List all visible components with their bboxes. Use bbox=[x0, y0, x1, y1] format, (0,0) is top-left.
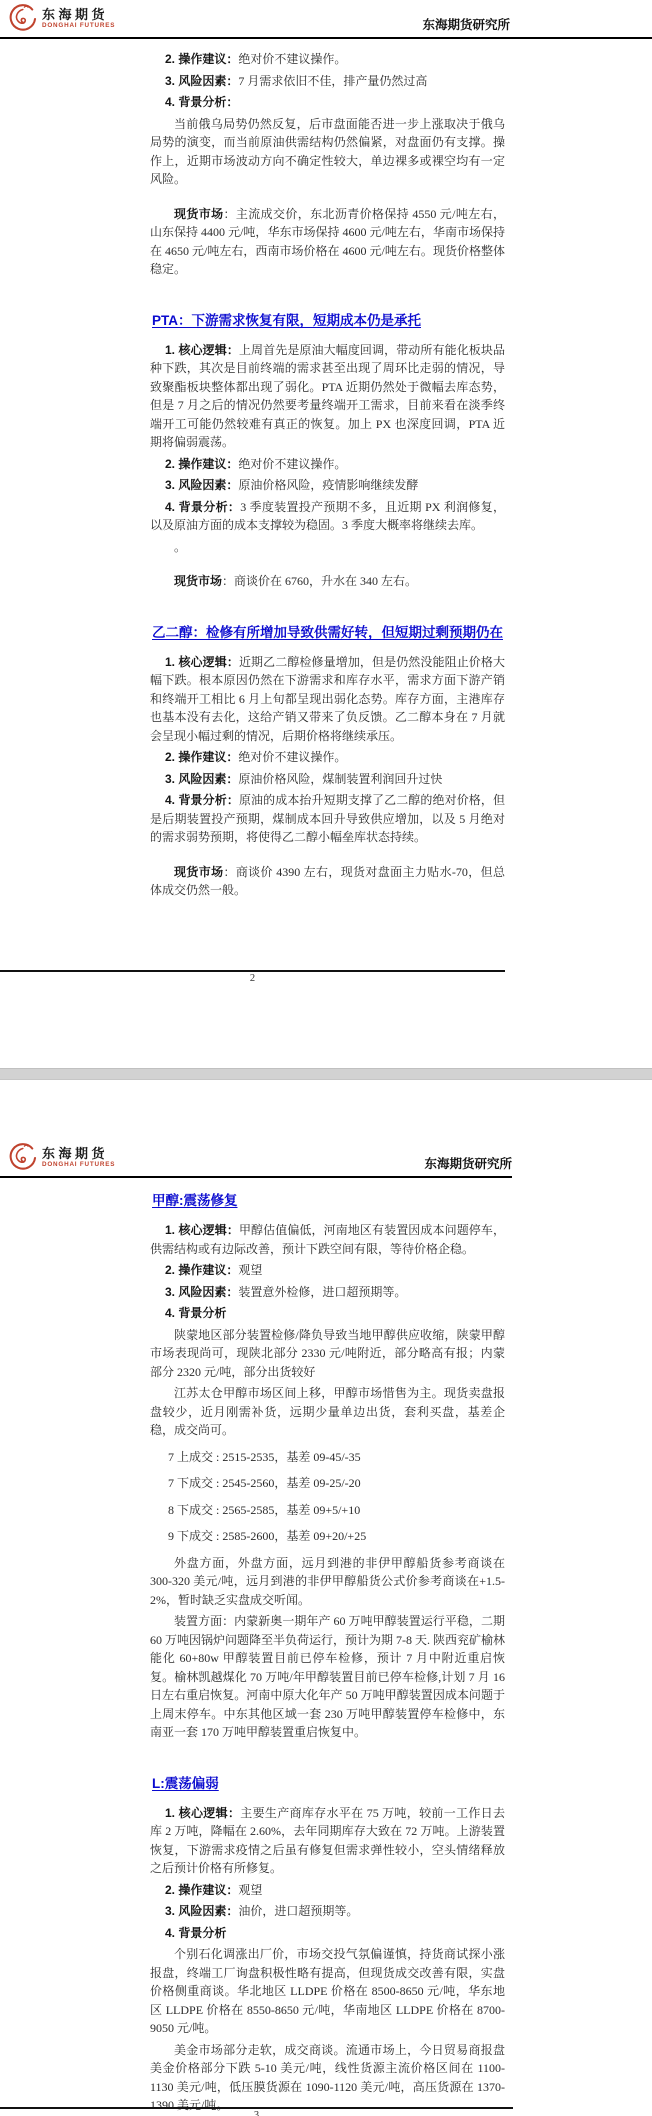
donghai-logo-icon bbox=[6, 1143, 38, 1173]
block-label: 2. 操作建议： bbox=[165, 1883, 238, 1897]
footer-rule bbox=[0, 2107, 513, 2109]
block-label: 1. 核心逻辑： bbox=[165, 1806, 240, 1820]
numbered-item: 1. 核心逻辑：上周首先是原油大幅度回调，带动所有能化板块品种下跌，其次是目前终… bbox=[150, 341, 505, 452]
block-label: 1. 核心逻辑： bbox=[165, 655, 239, 669]
trade-quote-line: 7 下成交 : 2545-2560，基差 09-25/-20 bbox=[150, 1474, 505, 1493]
page-number: 3 bbox=[0, 2110, 513, 2116]
block-label: 4. 背景分析 bbox=[165, 1306, 226, 1320]
block-label: 3. 风险因素： bbox=[165, 1285, 238, 1299]
logo-text: 东海期货 DONGHAI FUTURES bbox=[42, 8, 115, 29]
report-page-1: 东海期货 DONGHAI FUTURES 东海期货研究所 2. 操作建议：绝对价… bbox=[0, 0, 652, 1068]
block-label: 2. 操作建议： bbox=[165, 1263, 238, 1277]
block-label: 现货市场 bbox=[174, 574, 222, 588]
numbered-item: 4. 背景分析： bbox=[150, 93, 505, 112]
section-heading: 乙二醇：检修有所增加导致供需好转，但短期过剩预期仍在 bbox=[152, 623, 505, 643]
numbered-item: 4. 背景分析 bbox=[150, 1304, 505, 1323]
section-heading: L:震荡偏弱 bbox=[152, 1774, 505, 1794]
block-label: 现货市场 bbox=[174, 865, 223, 879]
block-label: 3. 风险因素： bbox=[165, 478, 238, 492]
paragraph: 。 bbox=[150, 538, 505, 557]
numbered-item: 3. 风险因素：油价，进口超预期等。 bbox=[150, 1902, 505, 1921]
logo-text-en: DONGHAI FUTURES bbox=[42, 23, 115, 29]
page-number: 2 bbox=[0, 973, 505, 985]
report-page-2: 东海期货 DONGHAI FUTURES 东海期货研究所 甲醇:震荡修复1. 核… bbox=[0, 1080, 652, 2116]
page-header: 东海期货 DONGHAI FUTURES 东海期货研究所 bbox=[0, 0, 652, 39]
block-label: 4. 背景分析： bbox=[165, 500, 240, 514]
block-label: 1. 核心逻辑： bbox=[165, 1223, 239, 1237]
paragraph: 个别石化调涨出厂价，市场交投气氛偏谨慎，持货商试探小涨报盘，终端工厂询盘积极性略… bbox=[150, 1945, 505, 2038]
numbered-item: 4. 背景分析：原油的成本抬升短期支撑了乙二醇的绝对价格，但是后期装置投产预期，… bbox=[150, 791, 505, 847]
block-label: 现货市场 bbox=[174, 207, 223, 221]
logo-text-cn: 东海期货 bbox=[42, 1147, 115, 1160]
block-label: 4. 背景分析： bbox=[165, 95, 238, 109]
block-label: 3. 风险因素： bbox=[165, 74, 238, 88]
donghai-logo-icon bbox=[6, 4, 38, 34]
page-footer: 3 bbox=[0, 2107, 513, 2116]
trade-quote-line: 9 下成交 : 2585-2600，基差 09+20/+25 bbox=[150, 1527, 505, 1546]
paragraph: 外盘方面，外盘方面，远月到港的非伊甲醇船货参考商谈在 300-320 美元/吨，… bbox=[150, 1554, 505, 1610]
paragraph: 当前俄乌局势仍然反复，后市盘面能否进一步上涨取决于俄乌局势的演变，而当前原油供需… bbox=[150, 115, 505, 189]
paragraph: 装置方面：内蒙新奥一期年产 60 万吨甲醇装置运行平稳，二期 60 万吨因锅炉问… bbox=[150, 1612, 505, 1742]
numbered-item: 2. 操作建议：绝对价不建议操作。 bbox=[150, 455, 505, 474]
footer-rule bbox=[0, 970, 505, 972]
institute-label: 东海期货研究所 bbox=[424, 1155, 512, 1174]
page-content: 甲醇:震荡修复1. 核心逻辑：甲醇估值偏低，河南地区有装置因成本问题停车，供需结… bbox=[0, 1178, 652, 2115]
trade-quote-line: 8 下成交 : 2565-2585，基差 09+5/+10 bbox=[150, 1501, 505, 1520]
paragraph: 陕蒙地区部分装置检修/降负导致当地甲醇供应收缩，陕蒙甲醇市场表现尚可，现陕北部分… bbox=[150, 1326, 505, 1382]
page-separator bbox=[0, 1068, 652, 1080]
page-footer: 2 bbox=[0, 970, 505, 985]
numbered-item: 4. 背景分析：3 季度装置投产预期不多，且近期 PX 利润修复，以及原油方面的… bbox=[150, 498, 505, 535]
block-label: 3. 风险因素： bbox=[165, 772, 238, 786]
logo-text-cn: 东海期货 bbox=[42, 8, 115, 21]
numbered-item: 3. 风险因素：7 月需求依旧不佳，排产量仍然过高 bbox=[150, 72, 505, 91]
block-label: 2. 操作建议： bbox=[165, 457, 238, 471]
trade-quote-line: 7 上成交 : 2515-2535，基差 09-45/-35 bbox=[150, 1448, 505, 1467]
logo-text-en: DONGHAI FUTURES bbox=[42, 1162, 115, 1168]
numbered-item: 2. 操作建议：绝对价不建议操作。 bbox=[150, 748, 505, 767]
numbered-item: 4. 背景分析 bbox=[150, 1924, 505, 1943]
numbered-item: 3. 风险因素：原油价格风险，疫情影响继续发酵 bbox=[150, 476, 505, 495]
section-heading: 甲醇:震荡修复 bbox=[152, 1191, 505, 1211]
section-heading: PTA：下游需求恢复有限，短期成本仍是承托 bbox=[152, 311, 505, 331]
report-document: 东海期货 DONGHAI FUTURES 东海期货研究所 2. 操作建议：绝对价… bbox=[0, 0, 652, 2116]
block-label: 3. 风险因素： bbox=[165, 1904, 238, 1918]
block-label: 1. 核心逻辑： bbox=[165, 343, 239, 357]
institute-label: 东海期货研究所 bbox=[422, 16, 510, 35]
numbered-item: 1. 核心逻辑：近期乙二醇检修量增加，但是仍然没能阻止价格大幅下跌。根本原因仍然… bbox=[150, 653, 505, 746]
page-content: 2. 操作建议：绝对价不建议操作。3. 风险因素：7 月需求依旧不佳，排产量仍然… bbox=[0, 39, 652, 900]
block-label: 2. 操作建议： bbox=[165, 750, 238, 764]
paragraph: 江苏太仓甲醇市场区间上移，甲醇市场惜售为主。现货卖盘报盘较少，近月刚需补货，远期… bbox=[150, 1384, 505, 1440]
block-label: 4. 背景分析 bbox=[165, 1926, 226, 1940]
numbered-item: 3. 风险因素：装置意外检修，进口超预期等。 bbox=[150, 1283, 505, 1302]
numbered-item: 1. 核心逻辑：甲醇估值偏低，河南地区有装置因成本问题停车，供需结构或有边际改善… bbox=[150, 1221, 505, 1258]
spot-market-paragraph: 现货市场：商谈价在 6760，升水在 340 左右。 bbox=[150, 572, 505, 591]
spot-market-paragraph: 现货市场：商谈价 4390 左右，现货对盘面主力贴水-70，但总体成交仍然一般。 bbox=[150, 863, 505, 900]
spot-market-paragraph: 现货市场：主流成交价，东北沥青价格保持 4550 元/吨左右，山东保持 4400… bbox=[150, 205, 505, 279]
block-label: 4. 背景分析： bbox=[165, 793, 239, 807]
paragraph: 美金市场部分走软，成交商谈。流通市场上，今日贸易商报盘美金价格部分下跌 5-10… bbox=[150, 2041, 505, 2115]
numbered-item: 2. 操作建议：绝对价不建议操作。 bbox=[150, 50, 505, 69]
logo-text: 东海期货 DONGHAI FUTURES bbox=[42, 1147, 115, 1168]
page-header: 东海期货 DONGHAI FUTURES 东海期货研究所 bbox=[0, 1139, 512, 1178]
numbered-item: 1. 核心逻辑：主要生产商库存水平在 75 万吨，较前一工作日去库 2 万吨，降… bbox=[150, 1804, 505, 1878]
donghai-logo: 东海期货 DONGHAI FUTURES bbox=[6, 4, 115, 34]
block-label: 2. 操作建议： bbox=[165, 52, 238, 66]
numbered-item: 3. 风险因素：原油价格风险，煤制装置利润回升过快 bbox=[150, 770, 505, 789]
donghai-logo: 东海期货 DONGHAI FUTURES bbox=[6, 1143, 115, 1173]
numbered-item: 2. 操作建议：观望 bbox=[150, 1881, 505, 1900]
numbered-item: 2. 操作建议：观望 bbox=[150, 1261, 505, 1280]
